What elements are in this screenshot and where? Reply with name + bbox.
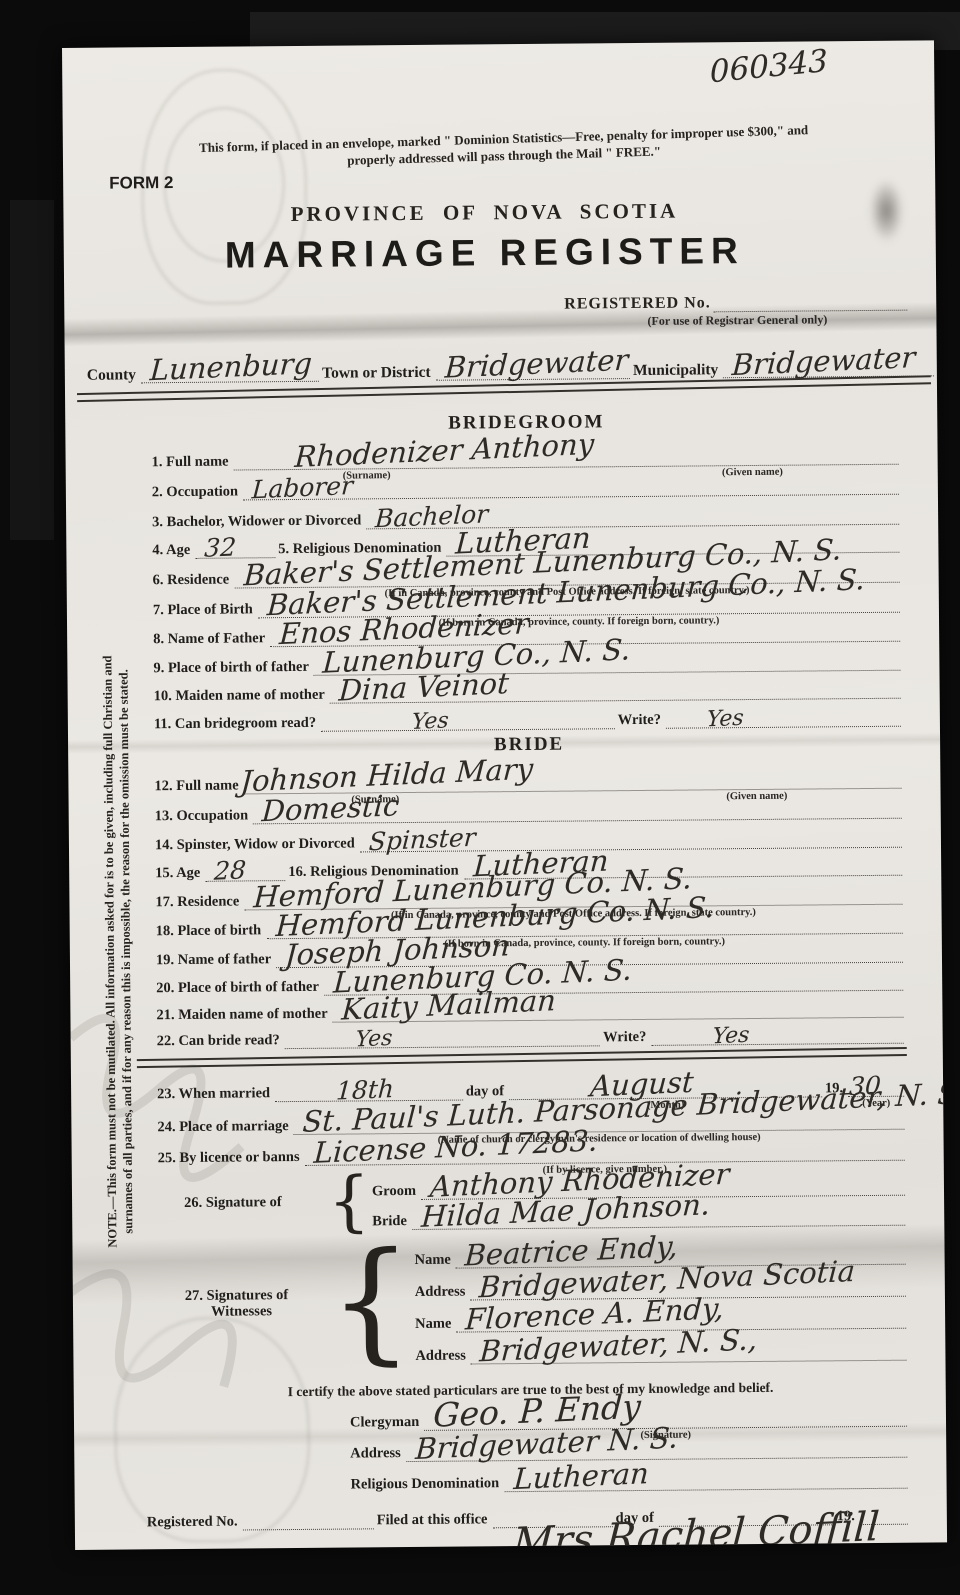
field-label: 18. Place of birth: [156, 923, 264, 940]
field-label: 1. Full name: [152, 455, 231, 472]
signatures-witnesses-group: 27. Signatures of Witnesses { Name Beatr…: [158, 1234, 909, 1368]
witness-rows: Name Beatrice Endy, Address Bridgewater,…: [414, 1234, 909, 1365]
groom-label: Groom: [372, 1184, 418, 1200]
field-label: 12. Full name: [154, 778, 240, 795]
field-label: 15. Age: [155, 866, 202, 882]
field-label: 24. Place of marriage: [157, 1119, 290, 1136]
field-label: 19. Name of father: [156, 952, 273, 969]
form-number-label: FORM 2: [109, 173, 173, 194]
field-label: 20. Place of birth of father: [156, 980, 321, 997]
brace-glyph: {: [328, 1242, 413, 1362]
groom-can-read-handwritten: Yes: [411, 708, 449, 735]
field-label: 8. Name of Father: [153, 631, 267, 648]
field-label: 2. Occupation: [152, 484, 240, 501]
address-label: Address: [415, 1349, 468, 1365]
town-district-label: Town or District: [322, 365, 433, 382]
field-label: 25. By licence or banns: [158, 1150, 302, 1167]
clergyman-label: Clergyman: [350, 1415, 421, 1432]
registered-no-label: REGISTERED No.: [564, 294, 711, 313]
field-label: Write?: [618, 713, 663, 729]
field-line: Yes: [285, 1044, 600, 1049]
scanner-bed-band: [10, 200, 54, 540]
field-label: 22. Can bride read?: [157, 1033, 282, 1050]
registrar-general-note: (For use of Registrar General only): [564, 312, 910, 330]
county-line: Lunenburg: [141, 380, 319, 384]
witnesses-label-line1: 27. Signatures of: [185, 1287, 288, 1304]
town-district-value-handwritten: Bridgewater: [444, 343, 629, 385]
form-row-bride-signature: Bride Hilda Mae Johnson.: [372, 1195, 908, 1230]
signature-of-label: 26. Signature of: [158, 1193, 326, 1210]
margin-note-line2: surnames of all parties, and if for any …: [116, 669, 135, 1233]
county-label: County: [87, 367, 138, 383]
town-district-line: Bridgewater: [436, 377, 630, 381]
field-label: 4. Age: [152, 543, 192, 559]
brace-glyph: {: [328, 1171, 371, 1231]
form-row-read-write-bride: 22. Can bride read? Yes Write? Yes: [157, 1018, 907, 1051]
signature-rows: Groom Anthony Rhodenizer Bride Hilda Mae…: [372, 1167, 908, 1230]
bride-can-read-handwritten: Yes: [355, 1026, 393, 1053]
field-line: Yes: [666, 725, 901, 729]
signatures-couple-group: 26. Signature of { Groom Anthony Rhodeni…: [158, 1167, 908, 1233]
field-label: 13. Occupation: [155, 808, 251, 825]
document-title: MARRIAGE REGISTER: [64, 229, 906, 278]
name-label: Name: [415, 1253, 453, 1269]
margin-note-vertical: NOTE.—This form must not be mutilated. A…: [99, 631, 137, 1271]
form-row-licence: 25. By licence or banns License No. 1728…: [157, 1130, 907, 1168]
municipality-label: Municipality: [633, 362, 720, 379]
bride-can-write-handwritten: Yes: [711, 1023, 749, 1050]
form-row-read-write-groom: 11. Can bridegroom read? Yes Write? Yes: [154, 699, 904, 734]
field-label: 21. Maiden name of mother: [156, 1007, 329, 1025]
field-label: 14. Spinster, Widow or Divorced: [155, 836, 357, 854]
field-label: 6. Residence: [153, 573, 232, 590]
field-line: Hilda Mae Johnson.: [412, 1223, 905, 1229]
form-paper: 060343 This form, if placed in an envelo…: [62, 40, 947, 1550]
scanned-document-page: { "scan": { "doc_number": "060343", "see…: [0, 0, 960, 1595]
field-label: 17. Residence: [155, 894, 241, 911]
field-line: Yes: [321, 727, 615, 732]
witnesses-label-line2: Witnesses: [185, 1303, 272, 1320]
witnesses-label: 27. Signatures of Witnesses: [159, 1287, 327, 1320]
document-number-handwritten: 060343: [709, 43, 828, 90]
groom-can-write-handwritten: Yes: [706, 706, 744, 733]
registered-no-block: REGISTERED No. (For use of Registrar Gen…: [564, 293, 910, 330]
field-label: 10. Maiden name of mother: [154, 688, 327, 706]
religious-denomination-label: Religious Denomination: [350, 1477, 501, 1494]
field-label: Write?: [603, 1030, 648, 1046]
field-label: 9. Place of birth of father: [153, 660, 311, 677]
field-label: 23. When married: [157, 1086, 272, 1103]
field-line: Yes: [651, 1042, 903, 1046]
address-label: Address: [350, 1446, 403, 1462]
field-label: 7. Place of Birth: [153, 602, 255, 619]
name-label: Name: [415, 1317, 453, 1333]
field-label: 11. Can bridegroom read?: [154, 716, 318, 733]
filed-at-office-label: Filed at this office: [377, 1513, 490, 1530]
form-body: BRIDEGROOM 1. Full name Rhodenizer Antho…: [151, 409, 911, 1550]
county-value-handwritten: Lunenburg: [149, 346, 313, 387]
address-label: Address: [415, 1285, 468, 1301]
form-row-witness2-address: Address Bridgewater, N. S.,: [415, 1329, 909, 1365]
field-label: 3. Bachelor, Widower or Divorced: [152, 513, 363, 531]
registered-no-label: Registered No.: [147, 1515, 240, 1532]
